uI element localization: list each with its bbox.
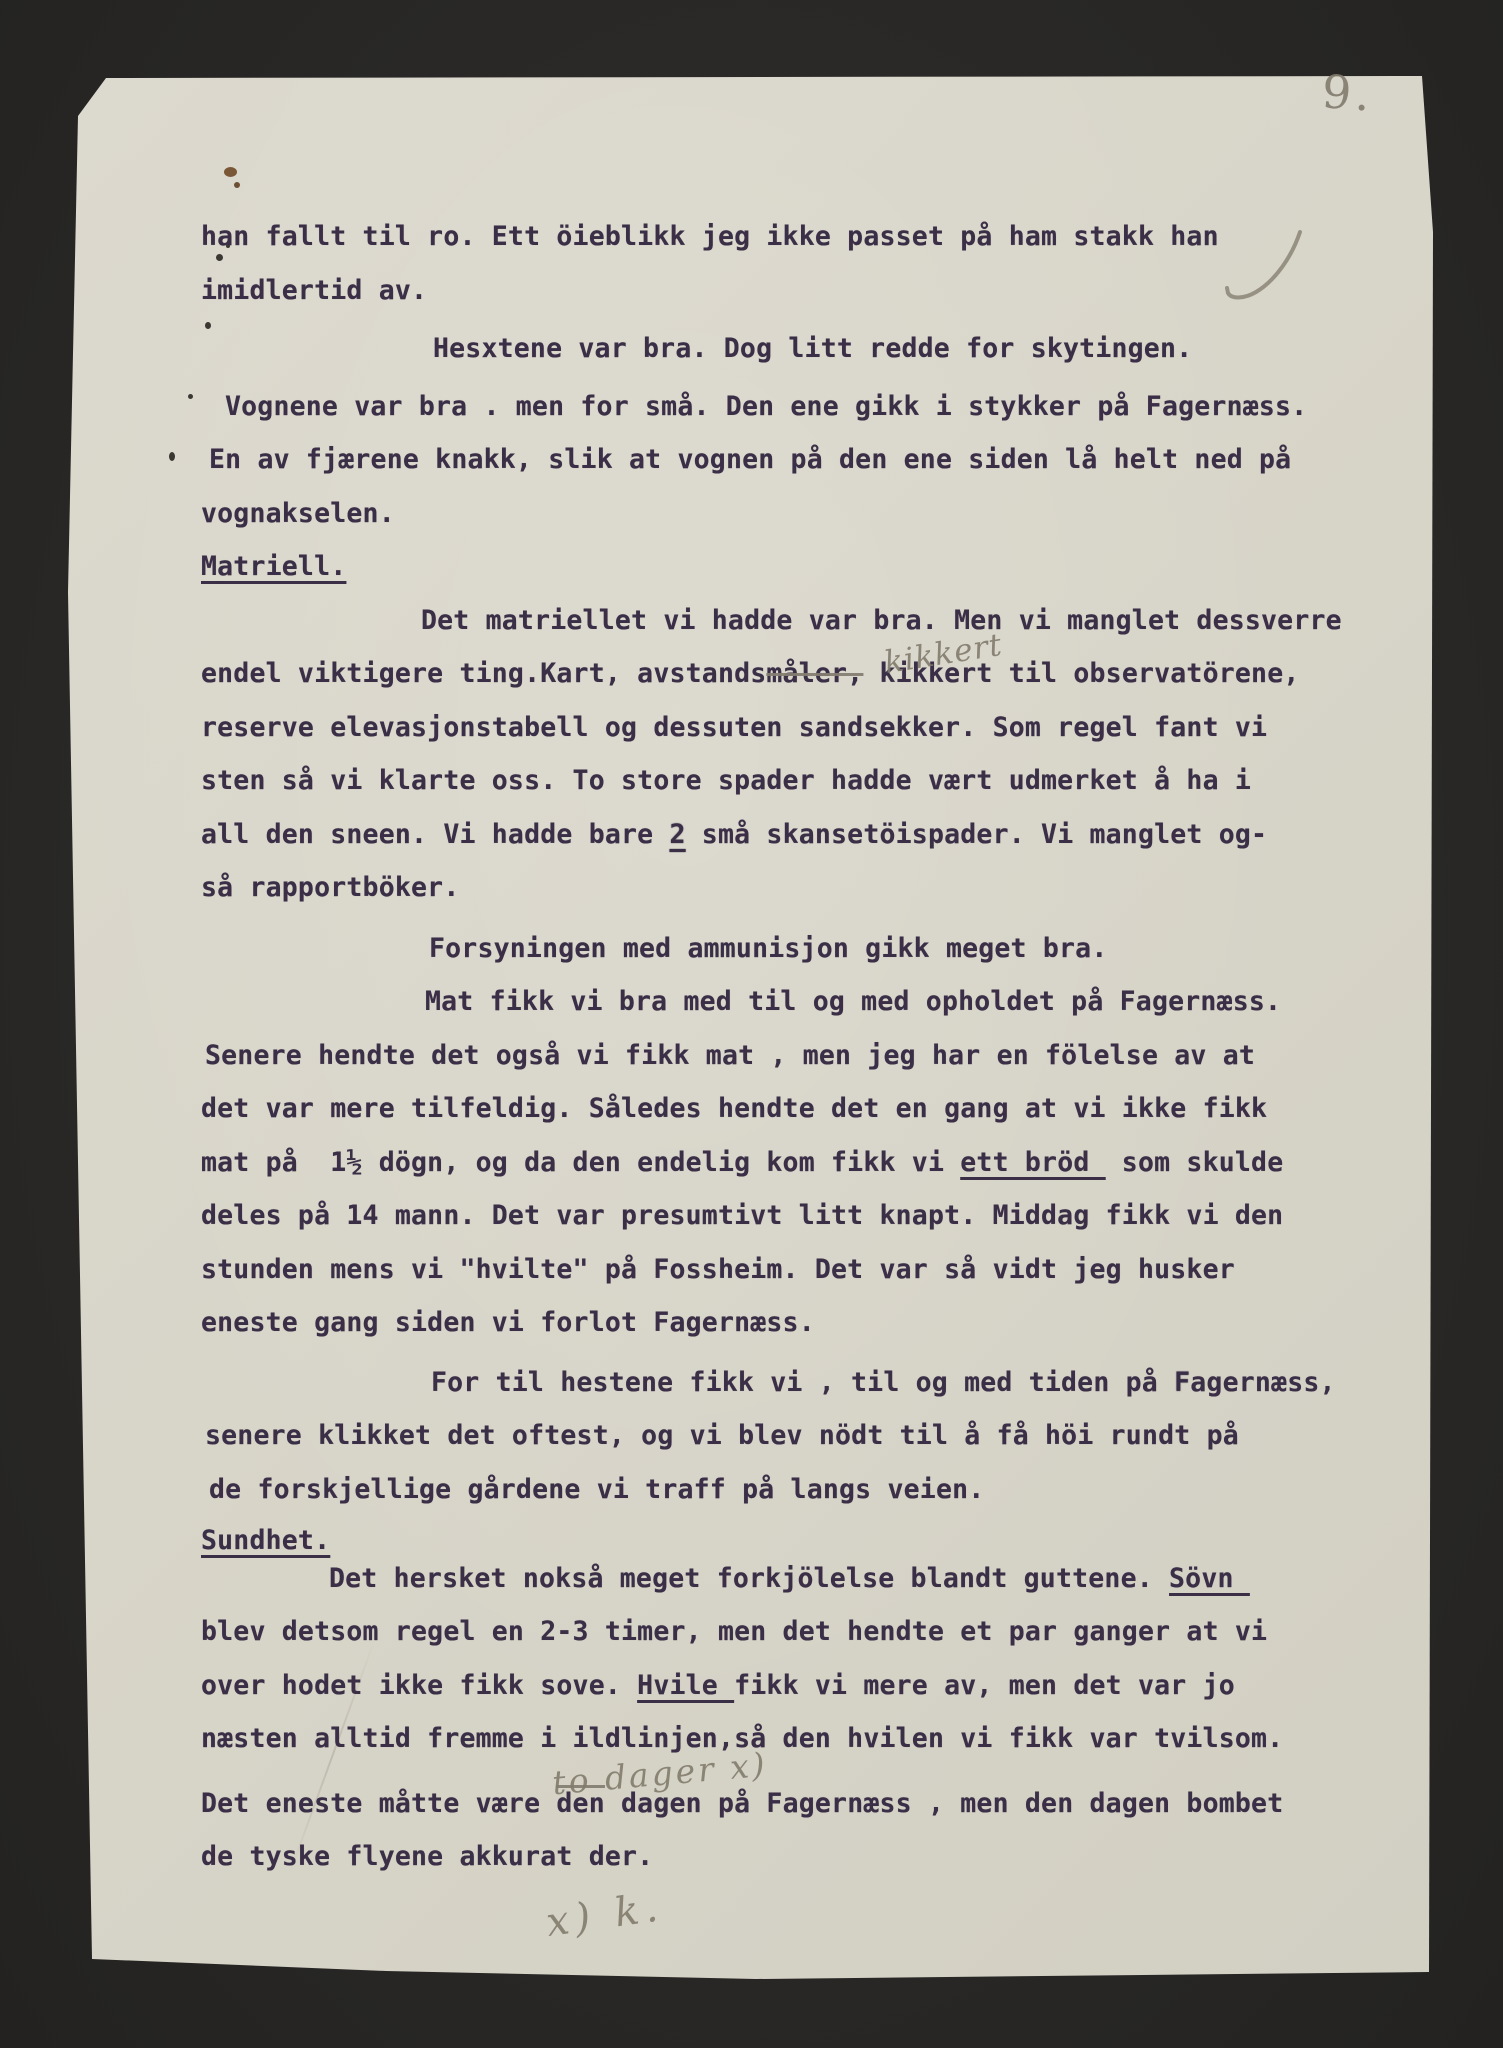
typed-line: Mat fikk vi bra med til og med opholdet … — [201, 975, 1401, 1029]
typed-line: For til hestene fikk vi , til og med tid… — [201, 1356, 1401, 1410]
pencil-checkmark — [1224, 228, 1308, 310]
typed-line: eneste gang siden vi forlot Fagernæss. — [201, 1296, 1401, 1350]
typed-line: stunden mens vi "hvilte" på Fossheim. De… — [201, 1243, 1401, 1297]
typed-line: de forskjellige gårdene vi traff på lang… — [201, 1463, 1401, 1517]
typed-segment: de forskjellige gårdene vi traff på lang… — [209, 1474, 984, 1505]
paper-speck — [188, 394, 193, 399]
paper-stain — [234, 182, 240, 188]
paper-speck — [169, 452, 175, 461]
document-page: han fallt til ro. Ett öieblikk jeg ikke … — [66, 72, 1436, 1982]
typed-segment: de tyske flyene akkurat der. — [201, 1841, 653, 1872]
typed-segment: blev detsom regel en 2-3 timer, men det … — [201, 1616, 1267, 1647]
typed-line: Hesxtene var bra. Dog litt redde for sky… — [201, 322, 1401, 376]
typed-segment: Forsyningen med ammunisjon gikk meget br… — [429, 933, 1107, 964]
typed-line: Matriell. — [201, 540, 1401, 594]
handwritten-page-number: 9. — [1320, 64, 1376, 121]
typed-segment: Vognene var bra . men for små. Den ene g… — [225, 391, 1307, 422]
typed-line: det var mere tilfeldig. Således hendte d… — [201, 1082, 1401, 1136]
typed-segment: endel viktigere ting.Kart, avstands — [201, 658, 766, 689]
typed-line: vognakselen. — [201, 487, 1401, 541]
typed-segment: F — [1174, 1367, 1190, 1398]
typed-segment: Det matriellet vi hadde var bra. Men vi … — [421, 605, 1342, 636]
typed-segment: senere klikket det oftest, og vi blev nö… — [205, 1420, 1239, 1451]
typed-segment: Det eneste måtte være — [201, 1788, 556, 1819]
typed-line: de tyske flyene akkurat der. — [201, 1830, 1401, 1884]
typed-segment: eneste gang siden vi forlot Fagernæss. — [201, 1307, 815, 1338]
typed-segment: måler, — [766, 658, 863, 689]
typed-segment: Sövn — [1169, 1563, 1250, 1594]
typed-segment: En av fjærene knakk, slik at vognen på d… — [209, 444, 1291, 475]
paper-stain — [224, 167, 237, 177]
typed-line: blev detsom regel en 2-3 timer, men det … — [201, 1605, 1401, 1659]
typed-segment: det var mere tilfeldig. Således hendte d… — [201, 1093, 1267, 1124]
typed-segment: mat på 1½ dögn, og da den endelig kom fi… — [201, 1147, 960, 1178]
typed-line: sten så vi klarte oss. To store spader h… — [201, 754, 1401, 808]
typed-line: Det eneste måtte være den dagen på Fager… — [201, 1777, 1401, 1831]
typed-segment: fikk vi mere av, men det var jo — [734, 1670, 1235, 1701]
typed-segment: vognakselen. — [201, 498, 395, 529]
typed-line: En av fjærene knakk, slik at vognen på d… — [201, 433, 1401, 487]
typed-line: reserve elevasjonstabell og dessuten san… — [201, 701, 1401, 755]
typed-segment: dagen på Fagernæss , men den dagen bombe… — [605, 1788, 1283, 1819]
typed-segment: som skulde — [1106, 1147, 1284, 1178]
typed-segment: For til hestene fikk vi , til og med tid… — [431, 1367, 1174, 1398]
typed-segment: Matriell. — [201, 551, 346, 582]
typed-text: han fallt til ro. Ett öieblikk jeg ikke … — [201, 210, 1401, 1884]
typed-line: Senere hendte det også vi fikk mat , men… — [201, 1029, 1401, 1083]
typed-segment: Sundhet. — [201, 1525, 330, 1556]
typed-line: Det hersket nokså meget forkjölelse blan… — [201, 1552, 1401, 1606]
scan-backing: han fallt til ro. Ett öieblikk jeg ikke … — [0, 0, 1503, 2048]
typed-segment: ett bröd — [960, 1147, 1105, 1178]
typed-segment: stunden mens vi "hvilte" på Fossheim. De… — [201, 1254, 1235, 1285]
typed-segment: Hvile — [637, 1670, 734, 1701]
typed-line: endel viktigere ting.Kart, avstandsmåler… — [201, 647, 1401, 701]
typed-segment: all den sneen. Vi hadde bare — [201, 819, 669, 850]
typed-segment: sten så vi klarte oss. To store spader h… — [201, 765, 1251, 796]
typed-line: han fallt til ro. Ett öieblikk jeg ikke … — [201, 210, 1401, 264]
typed-segment: så rapportböker. — [201, 872, 459, 903]
typed-segment: reserve elevasjonstabell og dessuten san… — [201, 712, 1267, 743]
typed-segment: små skansetöispader. Vi manglet og- — [686, 819, 1268, 850]
typed-line: næsten alltid fremme i ildlinjen,så den … — [201, 1712, 1401, 1766]
typed-line: senere klikket det oftest, og vi blev nö… — [201, 1409, 1401, 1463]
typed-line: mat på 1½ dögn, og da den endelig kom fi… — [201, 1136, 1401, 1190]
typed-line: Det matriellet vi hadde var bra. Men vi … — [201, 594, 1401, 648]
typed-segment: Det hersket nokså meget forkjölelse blan… — [329, 1563, 1169, 1594]
typed-segment: agernæss, — [1190, 1367, 1335, 1398]
typed-line: all den sneen. Vi hadde bare 2 små skans… — [201, 808, 1401, 862]
typed-segment: over hodet ikke fikk sove. — [201, 1670, 637, 1701]
typed-line: over hodet ikke fikk sove. Hvile fikk vi… — [201, 1659, 1401, 1713]
typed-segment: deles på 14 mann. Det var presumtivt lit… — [201, 1200, 1283, 1231]
typed-line: Forsyningen med ammunisjon gikk meget br… — [201, 922, 1401, 976]
typed-segment: Hesxtene var bra. Dog litt redde for sky… — [433, 333, 1192, 364]
typed-segment: 2 — [669, 819, 685, 850]
typed-segment: han fallt til ro. Ett öieblikk jeg ikke … — [201, 221, 1219, 252]
typed-line: så rapportböker. — [201, 861, 1401, 915]
typed-segment: Mat fikk vi bra med til og med opholdet … — [425, 986, 1281, 1017]
typed-line: Vognene var bra . men for små. Den ene g… — [201, 380, 1401, 434]
typed-line: deles på 14 mann. Det var presumtivt lit… — [201, 1189, 1401, 1243]
typed-line: imidlertid av. — [201, 264, 1401, 318]
typed-segment: Senere hendte det også vi fikk mat , men… — [205, 1040, 1255, 1071]
typed-segment: imidlertid av. — [201, 275, 427, 306]
